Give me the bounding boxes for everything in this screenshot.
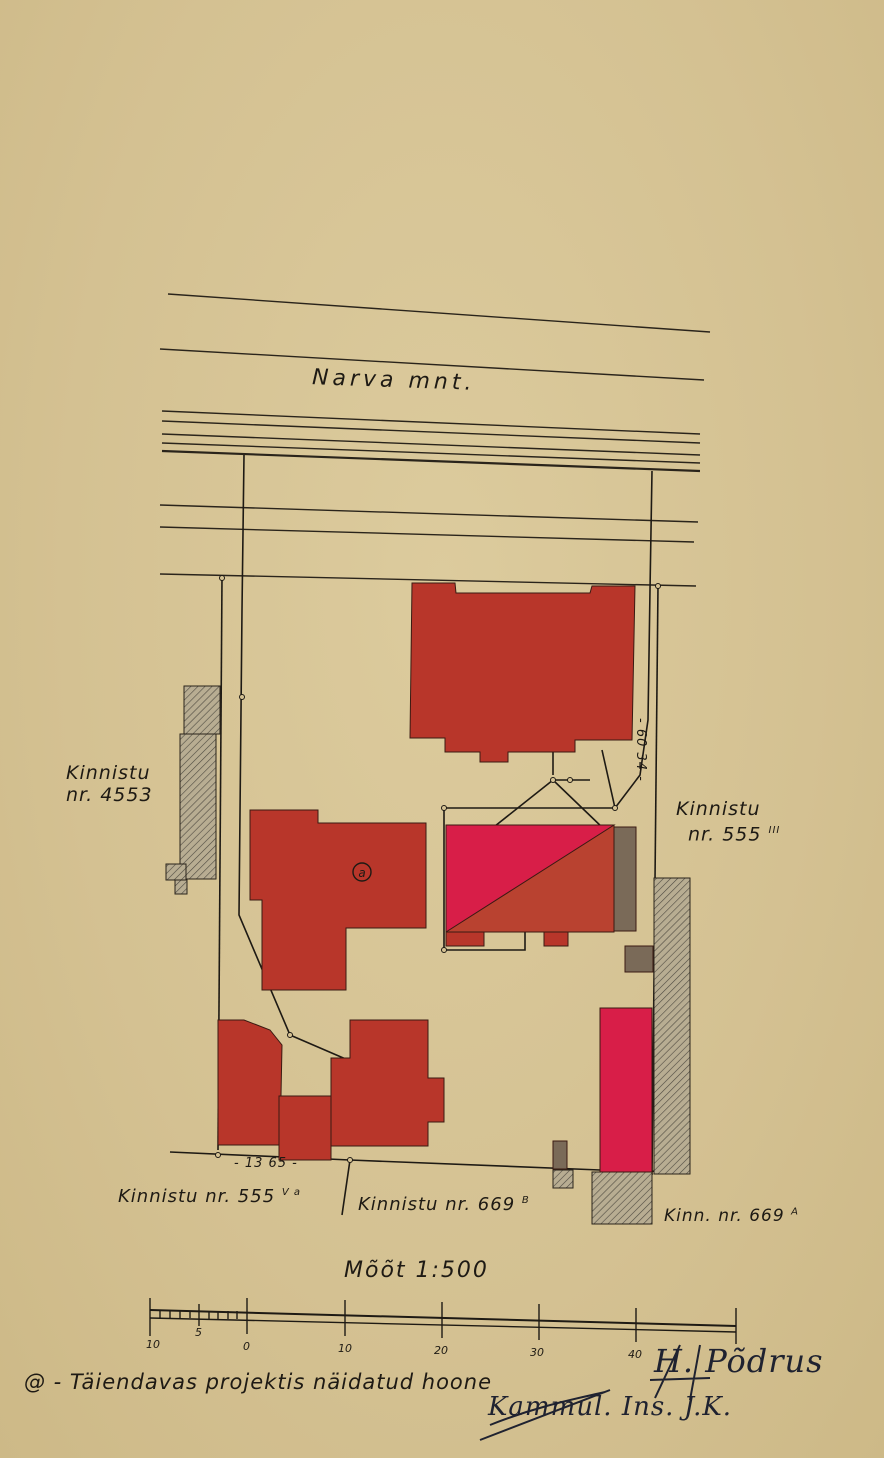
- scale-title: Mõõt 1:500: [344, 1258, 489, 1283]
- parcel-label-669-a: Kinn. nr. 669 A: [664, 1206, 799, 1226]
- scale-tick: 5: [195, 1326, 202, 1339]
- scale-tick: 30: [530, 1346, 544, 1359]
- parcel-label-4553: Kinnistu nr. 4553: [66, 762, 153, 806]
- legend-note: @ - Täiendavas projektis näidatud hoone: [24, 1370, 492, 1394]
- parcel-label-555-iii: Kinnistu nr. 555 III: [676, 798, 780, 845]
- parcel-label-669-b: Kinnistu nr. 669 B: [358, 1194, 530, 1215]
- shed: [553, 1141, 567, 1169]
- scale-tick: 10: [146, 1338, 160, 1351]
- dimension-frontage: - 13 65 -: [234, 1156, 298, 1171]
- parcel-label-555-va: Kinnistu nr. 555 V a: [118, 1186, 301, 1207]
- dimension-depth: - 60 34 -: [633, 718, 648, 782]
- scale-bar: [150, 1298, 736, 1344]
- signature-1: H. Põdrus: [654, 1342, 824, 1380]
- new-building: [600, 1008, 652, 1172]
- scale-tick: 20: [434, 1344, 448, 1357]
- svg-text:a: a: [358, 866, 365, 880]
- site-plan: a: [0, 0, 884, 1458]
- signature-2: Kammul. Ins. J.K.: [488, 1392, 732, 1422]
- scale-tick: 40: [628, 1348, 642, 1361]
- scale-tick: 0: [243, 1340, 250, 1353]
- scale-tick: 10: [338, 1342, 352, 1355]
